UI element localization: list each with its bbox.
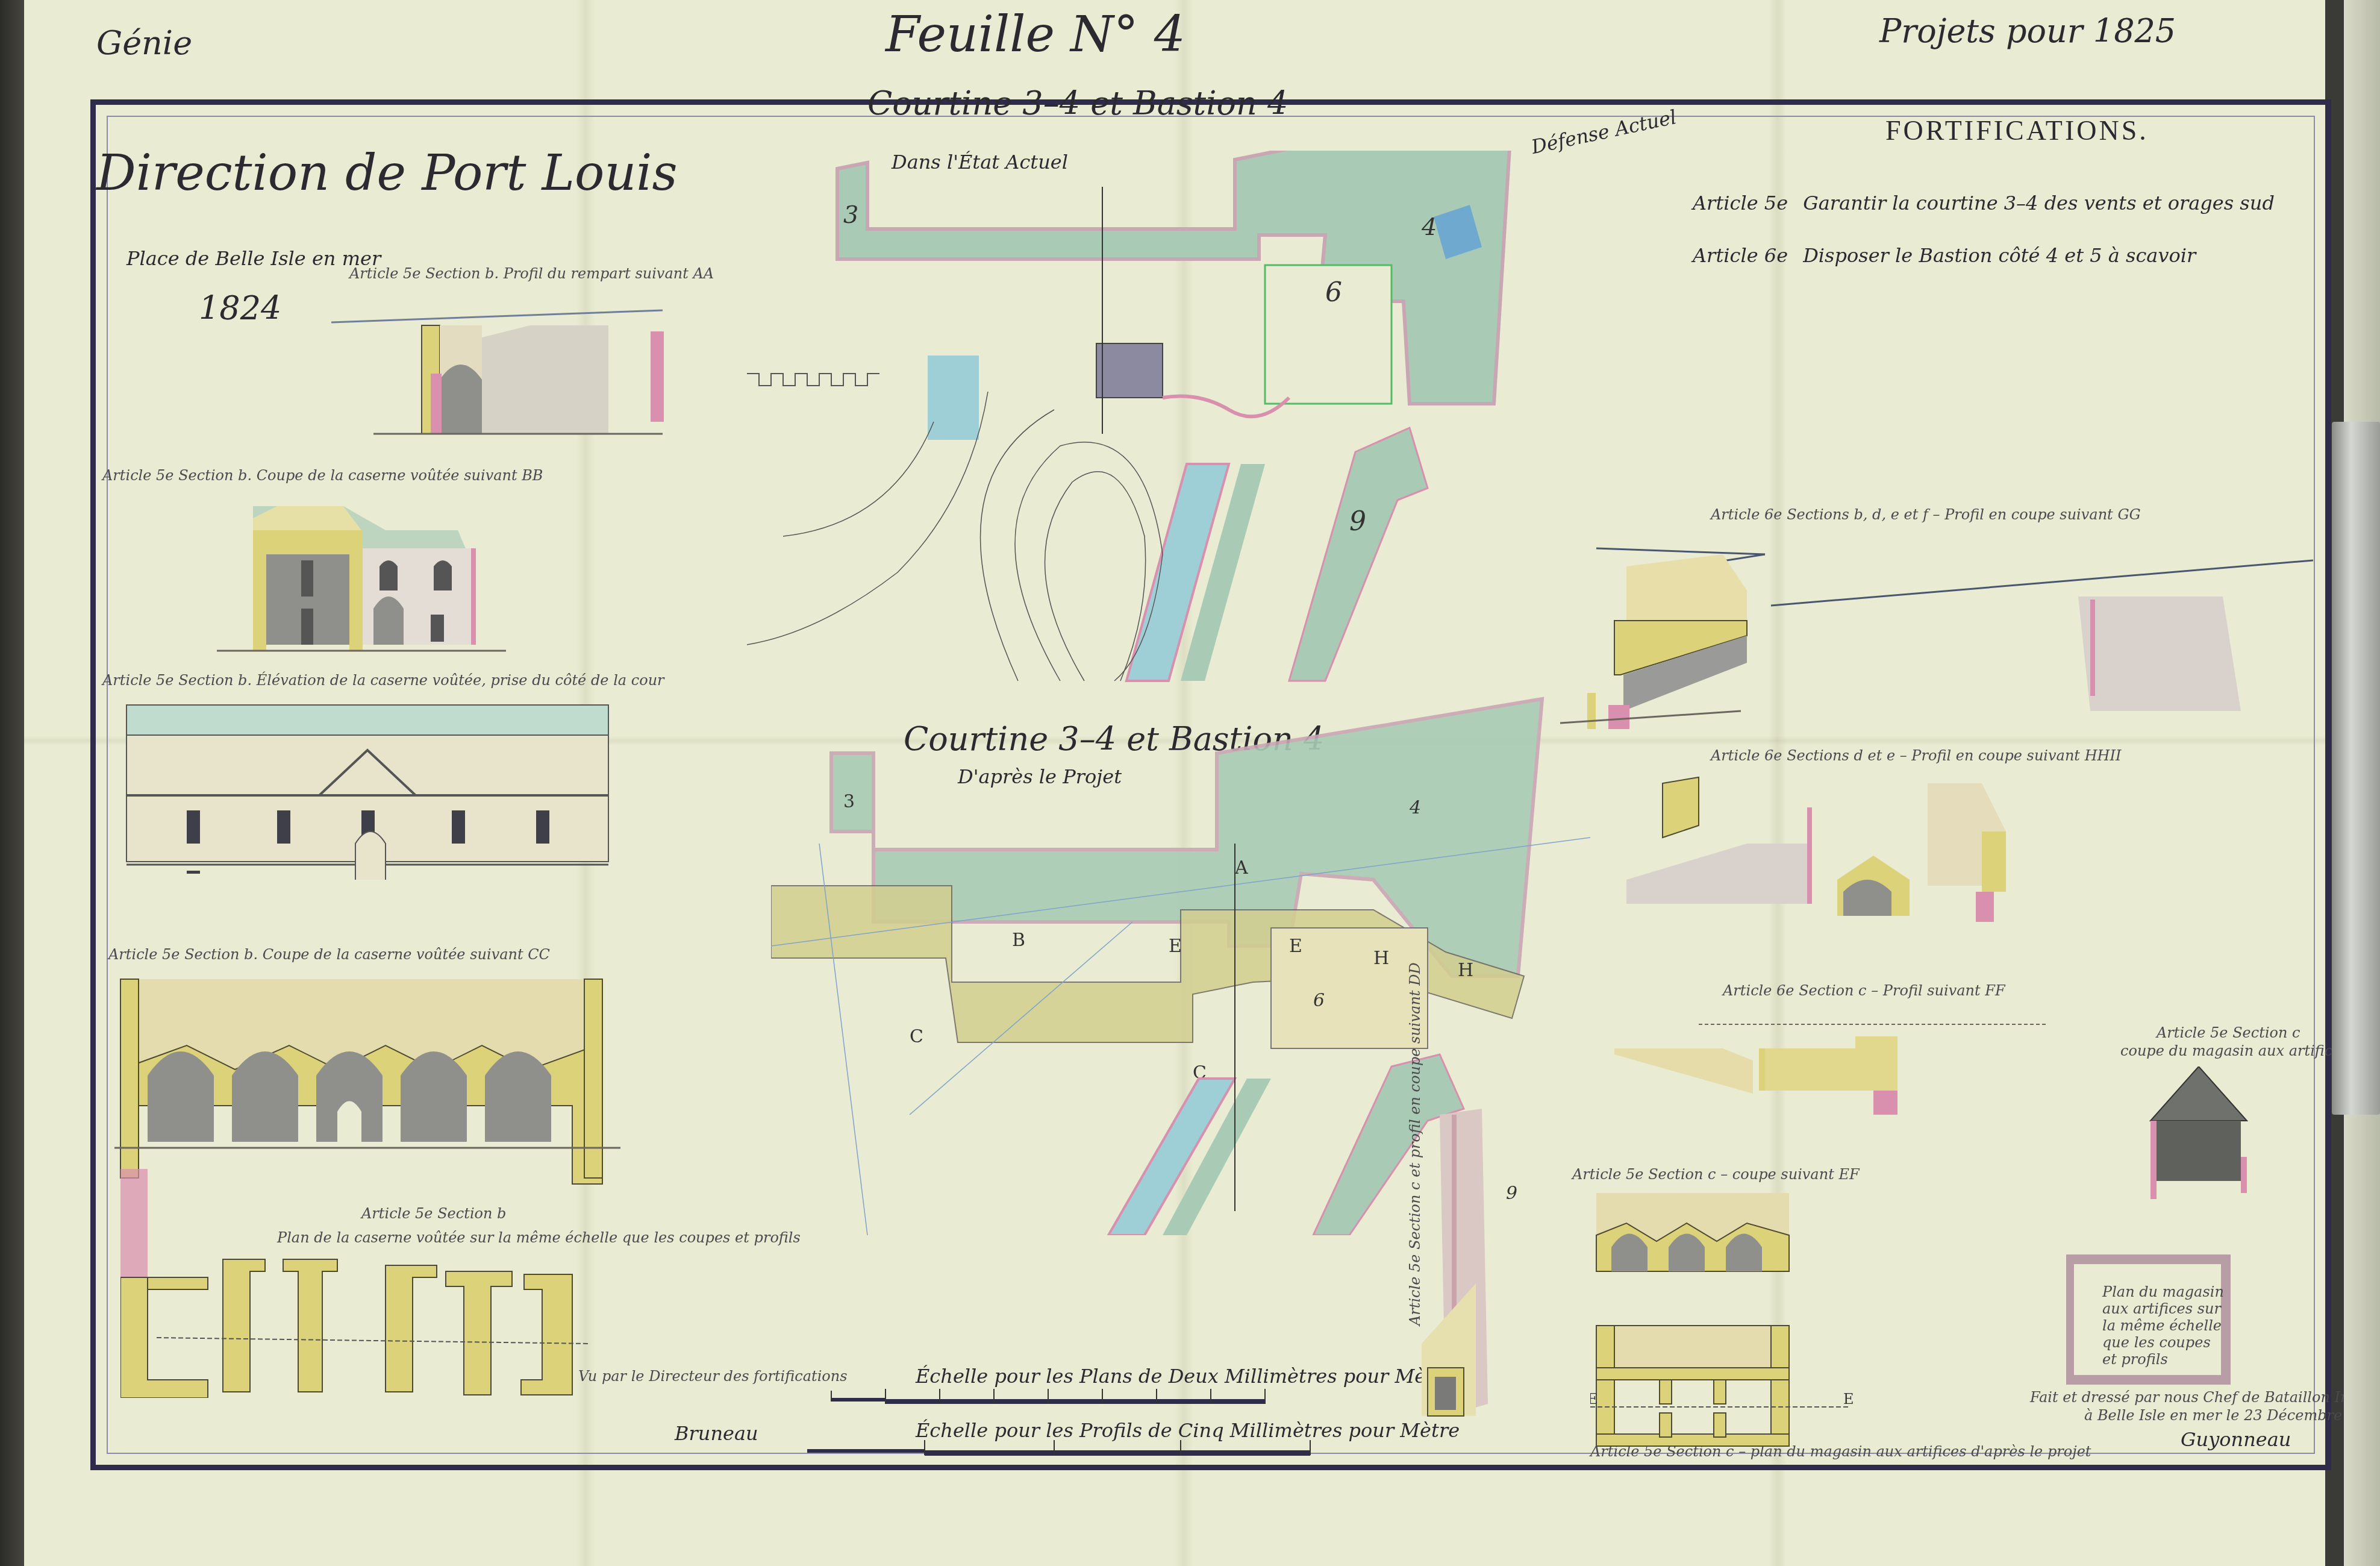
article-6: Article 6e Disposer le Bastion côté 4 et… [1693, 244, 2196, 267]
fortifications-heading: FORTIFICATIONS. [1885, 114, 2149, 146]
section-dd-caption: Article 5e Section c [2157, 1024, 2300, 1041]
svg-text:E: E [1590, 1391, 1598, 1408]
article-5: Article 5e Garantir la courtine 3–4 des … [1693, 192, 2275, 215]
scale-profiles-bar [807, 1437, 1410, 1461]
magasin-plan-caption: Plan du magasin aux artifices sur la mêm… [2102, 1283, 2229, 1368]
profile-ff-drawing [1614, 1012, 2096, 1115]
place-title: Place de Belle Isle en mer [126, 247, 381, 270]
section-cc-drawing [114, 973, 632, 1196]
svg-text:6: 6 [1325, 277, 1342, 308]
section-ee-and-plan-c-drawing: E E [1590, 1187, 1928, 1464]
year-title: 1824 [199, 289, 281, 327]
svg-text:E: E [1169, 936, 1182, 957]
profile-ff-caption: Article 6e Section c – Profil suivant FF [1723, 982, 2005, 999]
plan-b-drawing [120, 1169, 602, 1398]
svg-text:H: H [1458, 960, 1473, 981]
vertical-profile-drawing [1422, 1103, 1542, 1440]
elevation-caption: Article 5e Section b. Élévation de la ca… [102, 672, 664, 689]
vertical-profile-caption: Article 5e Section c et profil en coupe … [1407, 962, 1423, 1326]
profile-hh-drawing [1590, 765, 2193, 922]
service-label: Génie [96, 24, 192, 62]
profile-gg-drawing [1560, 530, 2343, 729]
svg-text:A: A [1234, 857, 1248, 879]
svg-text:E: E [1843, 1391, 1854, 1408]
article-text: Garantir la courtine 3–4 des vents et or… [1803, 192, 2275, 215]
section-ee-caption: Article 5e Section c – coupe suivant EF [1572, 1166, 1860, 1183]
scale-plans-bar [819, 1386, 1422, 1410]
drawing-sheet: Génie Feuille N° 4 Projets pour 1825 Dir… [24, 0, 2325, 1566]
article-label: Article 6e [1693, 244, 1788, 267]
sheet-number: Feuille N° 4 [885, 6, 1185, 63]
profile-hh-caption: Article 6e Sections d et e – Profil en c… [1711, 747, 2121, 764]
scale-plans-label: Échelle pour les Plans de Deux Millimètr… [916, 1365, 1454, 1388]
chief-date: à Belle Isle en mer le 23 Décembre 1824 [2084, 1407, 2380, 1424]
svg-text:H: H [1373, 948, 1389, 969]
section-dd-drawing [2144, 1066, 2301, 1205]
section-aa-caption: Article 5e Section b. Profil du rempart … [349, 265, 714, 282]
article-text: Disposer le Bastion côté 4 et 5 à scavoi… [1803, 244, 2196, 267]
chief-signature: Guyonneau [2181, 1428, 2291, 1451]
svg-text:B: B [1012, 930, 1025, 951]
section-bb-drawing [193, 494, 566, 675]
metal-weight [2332, 422, 2380, 1115]
profile-gg-caption: Article 6e Sections b, d, e et f – Profi… [1711, 506, 2141, 523]
director-note: Vu par le Directeur des fortifications [578, 1368, 848, 1385]
elevation-drawing [114, 699, 632, 880]
article-label: Article 5e [1693, 192, 1788, 215]
plan-current-drawing: 3 4 6 9 [747, 151, 1590, 693]
svg-text:3: 3 [843, 791, 855, 812]
svg-text:4: 4 [1421, 213, 1437, 241]
section-aa-drawing [325, 289, 699, 458]
projects-year: Projets pour 1825 [1879, 12, 2176, 50]
svg-text:4: 4 [1409, 797, 1421, 818]
section-cc-caption: Article 5e Section b. Coupe de la casern… [108, 946, 550, 963]
svg-text:6: 6 [1313, 990, 1325, 1011]
svg-text:3: 3 [843, 201, 858, 229]
direction-title: Direction de Port Louis [96, 145, 678, 202]
svg-text:E: E [1289, 936, 1302, 957]
svg-text:9: 9 [1349, 506, 1366, 537]
plan-c-caption: Article 5e Section c – plan du magasin a… [1590, 1443, 2091, 1460]
svg-text:C: C [910, 1026, 923, 1047]
plan-current-title: Courtine 3–4 et Bastion 4 [867, 84, 1288, 122]
chief-note: Fait et dressé par nous Chef de Bataillo… [2030, 1389, 2380, 1406]
director-signature: Bruneau [675, 1422, 758, 1445]
section-bb-caption: Article 5e Section b. Coupe de la casern… [102, 467, 543, 484]
